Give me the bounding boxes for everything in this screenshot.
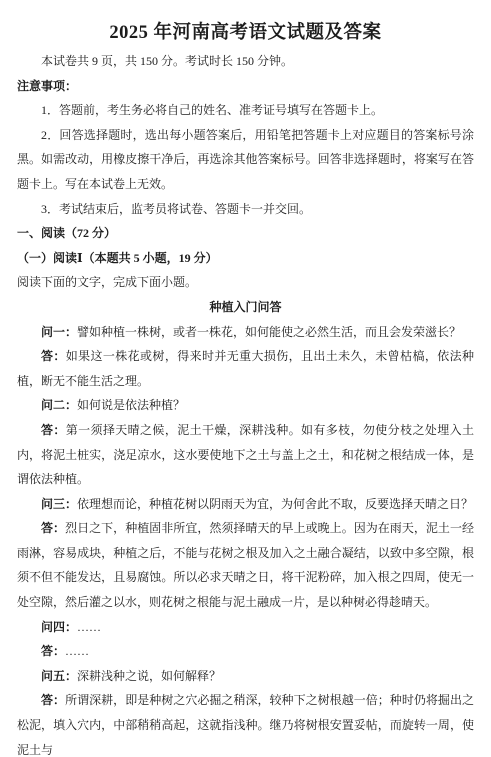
- qa-label: 答：: [41, 644, 65, 658]
- qa-paragraph: 答：如果这一株花或树，得来时并无重大损伤，且出土未久，未曾枯槁，依法种植，断无不…: [17, 344, 474, 393]
- qa-label: 答：: [41, 693, 65, 707]
- qa-text: 第一须择天晴之候，泥土干燥，深耕浅种。如有多枝，勿使分枝之处埋入土内，将泥土桩实…: [17, 423, 474, 486]
- notice-item-3: 3．考试结束后，监考员将试卷、答题卡一并交回。: [17, 197, 474, 222]
- exam-paper-page: 2025 年河南高考语文试题及答案 本试卷共 9 页，共 150 分。考试时长 …: [0, 0, 491, 757]
- qa-paragraph: 问三：依理想而论，种植花树以阴雨天为宜，为何舍此不取，反要选择天晴之日？: [17, 492, 474, 517]
- notice-item-2: 2．回答选择题时，选出每小题答案后，用铅笔把答题卡上对应题目的答案标号涂黑。如需…: [17, 123, 474, 197]
- qa-text: 深耕浅种之说，如何解释？: [77, 669, 221, 683]
- exam-info: 本试卷共 9 页，共 150 分。考试时长 150 分钟。: [17, 49, 474, 74]
- qa-label: 答：: [41, 349, 66, 363]
- qa-paragraph: 问五：深耕浅种之说，如何解释？: [17, 664, 474, 689]
- qa-label: 答：: [41, 521, 65, 535]
- qa-text: 譬如种植一株树，或者一株花，如何能使之必然生活，而且会发荣滋长？: [77, 325, 461, 339]
- qa-list: 问一：譬如种植一株树，或者一株花，如何能使之必然生活，而且会发荣滋长？ 答：如果…: [17, 320, 474, 757]
- qa-label: 问四：: [41, 620, 77, 634]
- page-title: 2025 年河南高考语文试题及答案: [17, 20, 474, 46]
- qa-text: 依理想而论，种植花树以阴雨天为宜，为何舍此不取，反要选择天晴之日？: [77, 497, 473, 511]
- qa-label: 问一：: [41, 325, 77, 339]
- notice-heading: 注意事项：: [17, 74, 474, 99]
- qa-text: 如何说是依法种植？: [77, 398, 185, 412]
- qa-text: ……: [77, 620, 101, 634]
- qa-text: ……: [65, 644, 89, 658]
- qa-text: 所谓深耕，即是种树之穴必掘之稍深，较种下之树根越一倍；种时仍将掘出之松泥，填入穴…: [17, 693, 474, 756]
- section-heading: 一、阅读（72 分）: [17, 221, 474, 246]
- qa-text: 如果这一株花或树，得来时并无重大损伤，且出土未久，未曾枯槁，依法种植，断无不能生…: [17, 349, 474, 388]
- subsection-heading: （一）阅读Ⅰ（本题共 5 小题，19 分）: [17, 246, 474, 271]
- qa-label: 问三：: [41, 497, 77, 511]
- qa-paragraph: 问四：……: [17, 615, 474, 640]
- qa-paragraph: 答：烈日之下，种植固非所宜，然须择晴天的早上或晚上。因为在雨天，泥土一经雨淋，容…: [17, 516, 474, 614]
- qa-paragraph: 答：第一须择天晴之候，泥土干燥，深耕浅种。如有多枝，勿使分枝之处埋入土内，将泥土…: [17, 418, 474, 492]
- qa-label: 问二：: [41, 398, 77, 412]
- reading-instruction: 阅读下面的文字，完成下面小题。: [17, 270, 474, 295]
- notice-item-1: 1．答题前，考生务必将自己的姓名、准考证号填写在答题卡上。: [17, 98, 474, 123]
- qa-paragraph: 答：……: [17, 639, 474, 664]
- qa-label: 答：: [41, 423, 66, 437]
- qa-paragraph: 答：所谓深耕，即是种树之穴必掘之稍深，较种下之树根越一倍；种时仍将掘出之松泥，填…: [17, 688, 474, 757]
- passage-title: 种植入门问答: [17, 295, 474, 320]
- qa-text: 烈日之下，种植固非所宜，然须择晴天的早上或晚上。因为在雨天，泥土一经雨淋，容易成…: [17, 521, 474, 609]
- qa-label: 问五：: [41, 669, 77, 683]
- qa-paragraph: 问二：如何说是依法种植？: [17, 393, 474, 418]
- qa-paragraph: 问一：譬如种植一株树，或者一株花，如何能使之必然生活，而且会发荣滋长？: [17, 320, 474, 345]
